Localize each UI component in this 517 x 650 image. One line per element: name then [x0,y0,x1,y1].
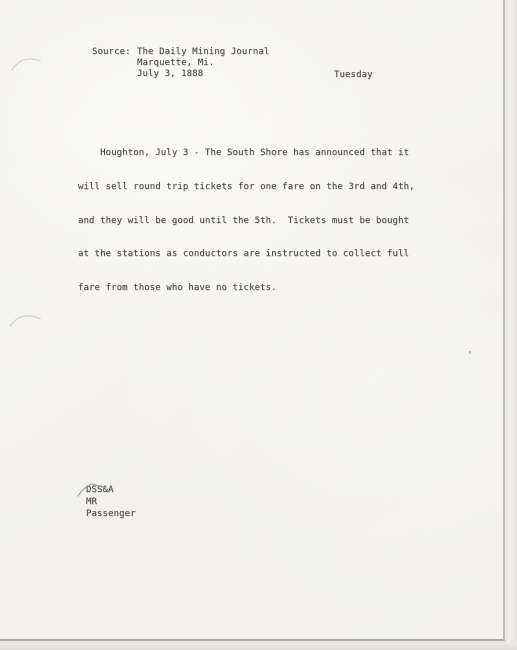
footer-subject-label: Passenger [86,509,136,520]
source-label: Source: [92,47,131,58]
article-body: Houghton, July 3 - The South Shore has a… [78,126,415,316]
article-line: at the stations as conductors are instru… [78,249,415,260]
scan-background-right [507,0,517,650]
source-publication: The Daily Mining Journal [137,47,269,58]
source-location: Marquette, Mi. [137,58,214,69]
article-line: Houghton, July 3 - The South Shore has a… [78,148,415,159]
scanned-document-page: Source: The Daily Mining Journal Marquet… [0,0,517,650]
source-date: July 3, 1888 [137,69,203,80]
paper-sheet [0,0,505,641]
scan-background-bottom [0,643,517,650]
footer-railroad-code: DSS&A [86,485,114,496]
footer-category-code: MR [86,497,97,508]
article-line: and they will be good until the 5th. Tic… [78,216,415,227]
weekday-label: Tuesday [334,70,373,81]
scan-speck [469,351,471,354]
article-line: will sell round trip tickets for one far… [78,182,415,193]
article-line: fare from those who have no tickets. [78,283,415,294]
